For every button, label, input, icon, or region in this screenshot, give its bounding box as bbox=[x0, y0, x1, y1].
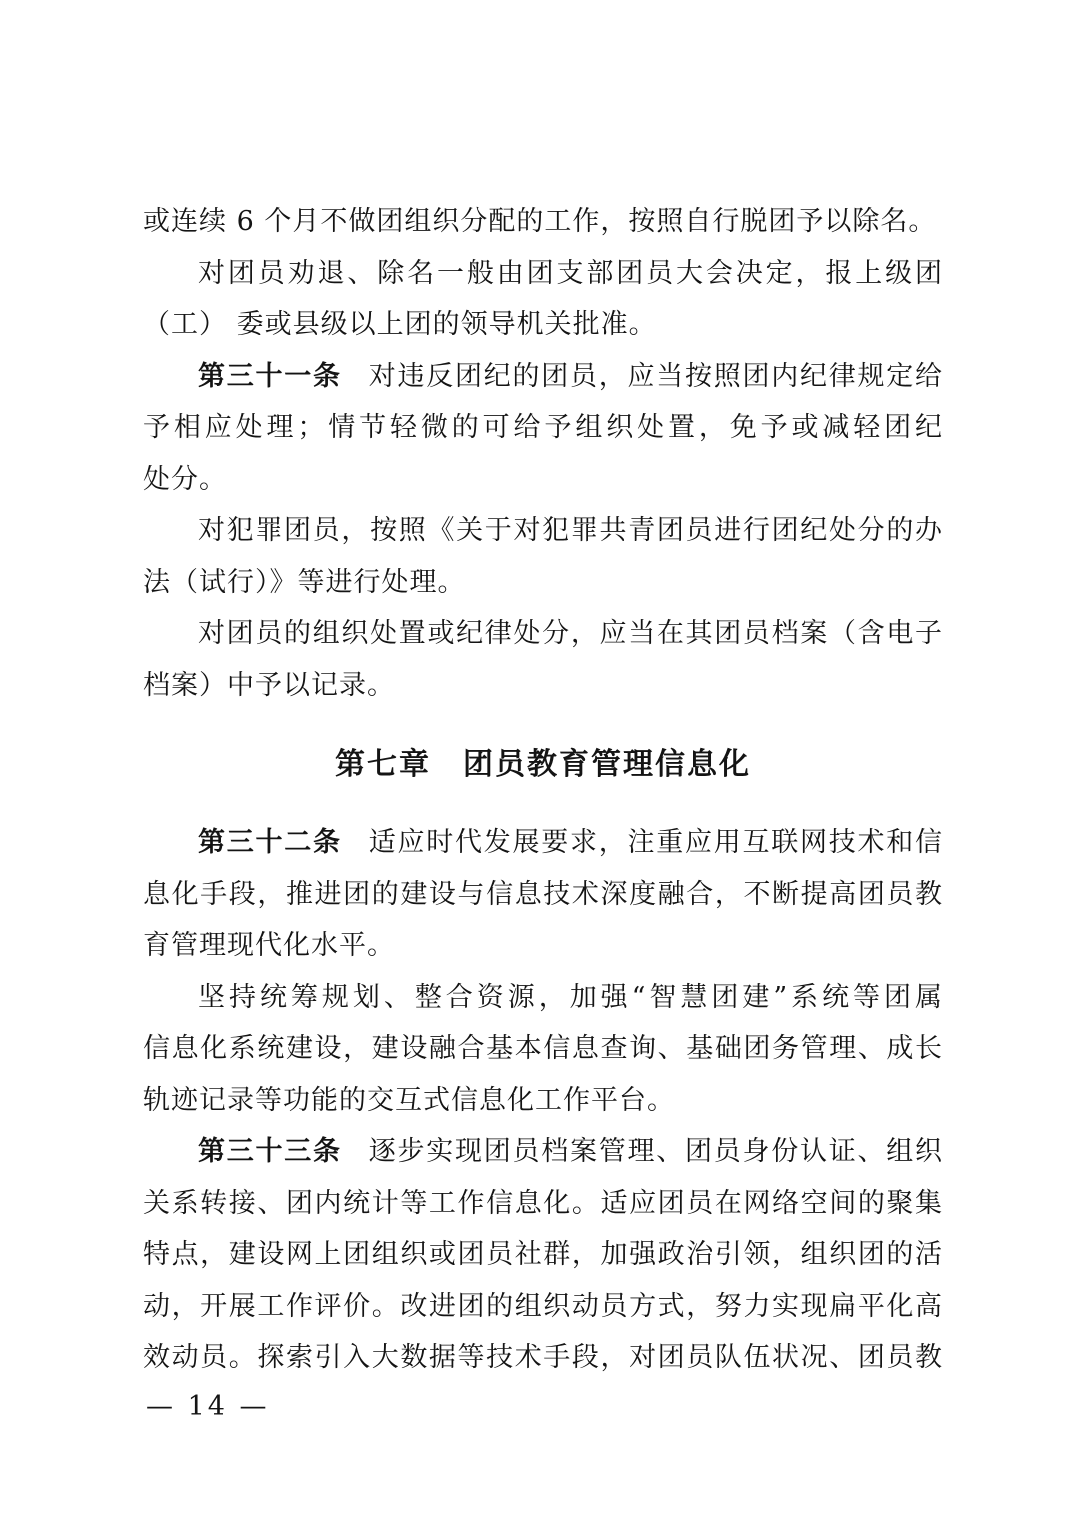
text-line: 关系转接、团内统计等工作信息化。适应团员在网络空间的聚集 bbox=[143, 1178, 943, 1230]
text-line: 对团员劝退、除名一般由团支部团员大会决定，报上级团 bbox=[143, 248, 943, 300]
text-line: 动，开展工作评价。改进团的组织动员方式，努力实现扁平化高 bbox=[143, 1281, 943, 1333]
text-line: 轨迹记录等功能的交互式信息化工作平台。 bbox=[143, 1075, 943, 1127]
text-line: 息化手段，推进团的建设与信息技术深度融合，不断提高团员教 bbox=[143, 869, 943, 921]
line-text: （工） 委或县级以上团的领导机关批准。 bbox=[143, 309, 657, 340]
line-text: 坚持统筹规划、整合资源，加强“智慧团建”系统等团属 bbox=[198, 982, 943, 1013]
document-page: 或连续 6 个月不做团组织分配的工作，按照自行脱团予以除名。对团员劝退、除名一般… bbox=[0, 0, 1080, 1528]
text-line: 法（试行）》等进行处理。 bbox=[143, 557, 943, 609]
line-text: 档案）中予以记录。 bbox=[143, 670, 395, 701]
line-text: 信息化系统建设，建设融合基本信息查询、基础团务管理、成长 bbox=[143, 1033, 943, 1064]
line-text: 动，开展工作评价。改进团的组织动员方式，努力实现扁平化高 bbox=[143, 1291, 943, 1322]
line-text: 息化手段，推进团的建设与信息技术深度融合，不断提高团员教 bbox=[143, 879, 943, 910]
line-text: 或连续 6 个月不做团组织分配的工作，按照自行脱团予以除名。 bbox=[143, 206, 936, 237]
line-text: 对团员的组织处置或纪律处分，应当在其团员档案（含电子 bbox=[198, 618, 943, 649]
line-text: 轨迹记录等功能的交互式信息化工作平台。 bbox=[143, 1085, 675, 1116]
line-text: 逐步实现团员档案管理、团员身份认证、组织 bbox=[369, 1136, 943, 1167]
text-line: 信息化系统建设，建设融合基本信息查询、基础团务管理、成长 bbox=[143, 1023, 943, 1075]
document-body: 或连续 6 个月不做团组织分配的工作，按照自行脱团予以除名。对团员劝退、除名一般… bbox=[143, 196, 943, 1384]
text-line: 第三十三条逐步实现团员档案管理、团员身份认证、组织 bbox=[143, 1126, 943, 1178]
line-text: 适应时代发展要求，注重应用互联网技术和信 bbox=[369, 827, 943, 858]
line-text: 法（试行）》等进行处理。 bbox=[143, 567, 466, 598]
line-text: 予相应处理；情节轻微的可给予组织处置，免予或减轻团纪 bbox=[143, 412, 943, 443]
page-number: — 14 — bbox=[146, 1386, 270, 1428]
text-line: 予相应处理；情节轻微的可给予组织处置，免予或减轻团纪 bbox=[143, 402, 943, 454]
line-text: 对违反团纪的团员，应当按照团内纪律规定给 bbox=[369, 361, 943, 392]
line-text: 关系转接、团内统计等工作信息化。适应团员在网络空间的聚集 bbox=[143, 1188, 943, 1219]
text-line: 第三十二条适应时代发展要求，注重应用互联网技术和信 bbox=[143, 817, 943, 869]
line-text: 特点，建设网上团组织或团员社群，加强政治引领，组织团的活 bbox=[143, 1239, 943, 1270]
text-line: 对团员的组织处置或纪律处分，应当在其团员档案（含电子 bbox=[143, 608, 943, 660]
text-line: 或连续 6 个月不做团组织分配的工作，按照自行脱团予以除名。 bbox=[143, 196, 943, 248]
text-line: 档案）中予以记录。 bbox=[143, 660, 943, 712]
text-line: 育管理现代化水平。 bbox=[143, 920, 943, 972]
article-number: 第三十三条 bbox=[198, 1136, 342, 1167]
chapter-heading: 第七章 团员教育管理信息化 bbox=[143, 737, 943, 793]
article-number: 第三十一条 bbox=[198, 361, 342, 392]
line-text: 处分。 bbox=[143, 464, 227, 495]
text-line: 特点，建设网上团组织或团员社群，加强政治引领，组织团的活 bbox=[143, 1229, 943, 1281]
text-line: 效动员。探索引入大数据等技术手段，对团员队伍状况、团员教 bbox=[143, 1332, 943, 1384]
text-line: 处分。 bbox=[143, 454, 943, 506]
line-text: 效动员。探索引入大数据等技术手段，对团员队伍状况、团员教 bbox=[143, 1342, 943, 1373]
article-number: 第三十二条 bbox=[198, 827, 342, 858]
line-text: 育管理现代化水平。 bbox=[143, 930, 395, 961]
text-line: 第三十一条对违反团纪的团员，应当按照团内纪律规定给 bbox=[143, 351, 943, 403]
text-line: 对犯罪团员，按照《关于对犯罪共青团员进行团纪处分的办 bbox=[143, 505, 943, 557]
text-line: （工） 委或县级以上团的领导机关批准。 bbox=[143, 299, 943, 351]
line-text: 对团员劝退、除名一般由团支部团员大会决定，报上级团 bbox=[198, 258, 943, 289]
line-text: 对犯罪团员，按照《关于对犯罪共青团员进行团纪处分的办 bbox=[198, 515, 943, 546]
text-line: 坚持统筹规划、整合资源，加强“智慧团建”系统等团属 bbox=[143, 972, 943, 1024]
